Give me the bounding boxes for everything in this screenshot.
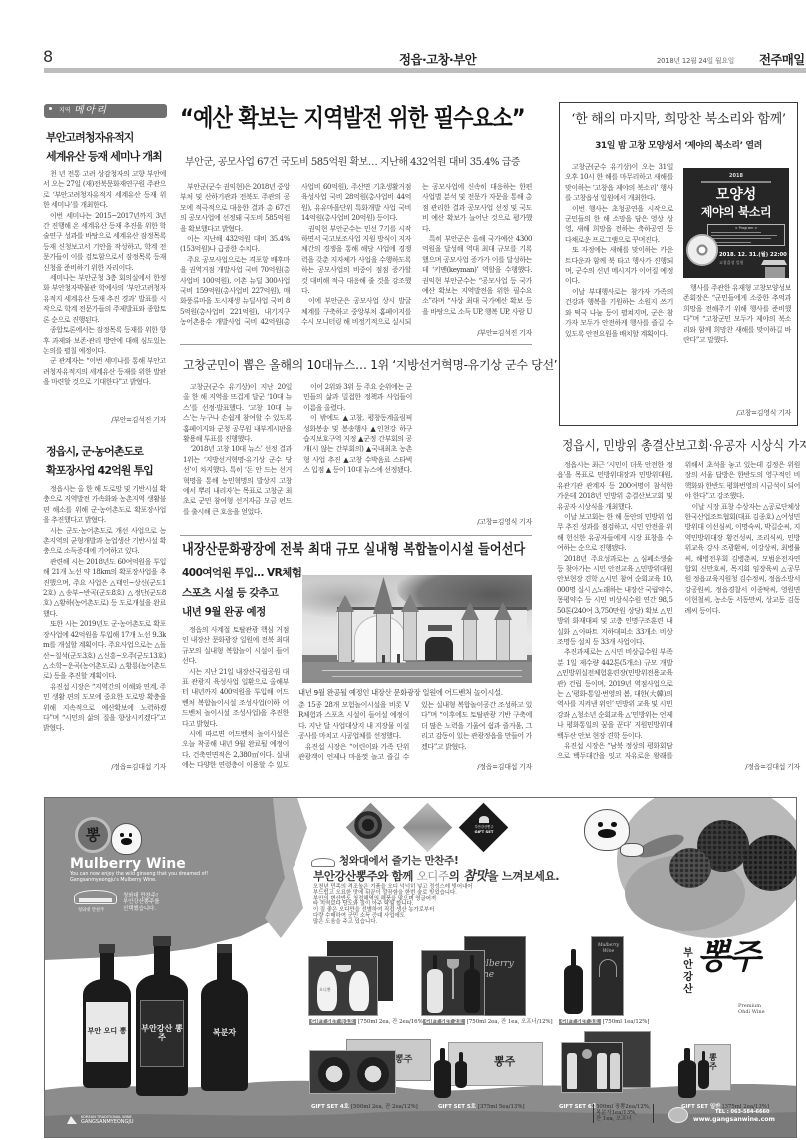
article-body-jeongeup-roads: 정읍시는 올 한 해 도로망 및 기반시설 확충으로 지역발전 가속화와 농촌지… (43, 484, 166, 772)
article-body-civil-defense: 정읍시는 최근 ‘시민이 더욱 안전한 정읍’을 목표로 민방위대장과 민방위대… (557, 460, 800, 772)
spec-line: 잔 1ea, 오프너 (596, 1116, 651, 1122)
round-jar (357, 1057, 389, 1091)
gift-box-set-2 (421, 950, 485, 1016)
headline-part: 부안강산뽕주와 함께 (313, 869, 417, 883)
maker-line: GANGSANMYEONGJU (81, 1119, 134, 1125)
bag-script-text: Mulberry Wine (595, 943, 622, 954)
column-badge: 지역 메아리 (44, 104, 167, 118)
paragraph: 천 년 전통 고려 상감청자의 고향 부안에서 오는 27일 (재)전북문화재연… (43, 169, 166, 211)
paragraph: 고창군(군수 유기상)이 오는 31일 오후 10시 한 해를 마무리하고 새해… (565, 162, 673, 204)
bottle-label: 복분자 (204, 1003, 244, 1065)
gift-set-label: GIFT SET 2호[750ml 2ea, 잔 1ea, 오프너/12%] (423, 1019, 553, 1025)
selection-line: 선택했습니다. (123, 906, 159, 912)
mascot-nose (121, 838, 133, 845)
article-body-gochang-drum-right: 행사를 주관한 유재형 고창모양성보존회장은 “군민들에게 소중한 추억과 희망… (683, 283, 791, 418)
headline-part: 을 느껴보세요. (487, 869, 559, 883)
building-entrance (425, 637, 453, 661)
calligraphy-subtitle: Premium Ohdi Wine (738, 1004, 765, 1015)
badge-line: GIFT SET (469, 830, 499, 835)
gift-set-tag: GIFT SET (438, 1104, 465, 1110)
gift-set-tag: GIFT SET 특1호 (309, 1019, 356, 1025)
gift-set-badge-content: 부안강산뽕주 GIFT SET (473, 816, 495, 840)
jar-label: 오디뽕 (319, 987, 331, 993)
gift-set-label: GIFT SET 특1호[750ml 2ea, 잔 2ea/16%] (309, 1019, 425, 1025)
parking-line (332, 676, 522, 677)
bottle-body (427, 969, 443, 1013)
paragraph: 부안군(군수 권익현)은 2018년 중앙부처 및 산하기관과 전북도 주관의 … (180, 182, 290, 234)
wine-bottle (455, 1052, 467, 1088)
mascot-eye (598, 822, 603, 827)
person-figure (382, 655, 385, 663)
poster-venue: 고창읍성 일원 (719, 260, 743, 265)
page-number: 8 (43, 47, 53, 67)
parking-line (322, 670, 522, 671)
cheongwadae-caption: 청와대 만찬주 (78, 908, 104, 913)
ad-headline-1: 청와대에서 즐기는 만찬주! (339, 855, 458, 868)
calligraphy-big: 뽕주 (697, 938, 759, 976)
gift-set-tag: GIFT SET 3호 (559, 1019, 601, 1025)
gift-set-label: GIFT SET 3호[750ml 1ea/12%] (559, 1019, 649, 1025)
article-headline-gochang-news: 고창군민이 뽑은 올해의 10대뉴스… 1위 ‘지방선거혁명-유기상 군수 당선… (183, 358, 557, 372)
bottle-label: 부안 오디 뽕 (86, 1002, 127, 1062)
bottle-body (564, 965, 583, 1014)
mascot-eye (120, 833, 123, 837)
poster-datetime: 2018. 12. 31.(월) 22:00 (719, 252, 787, 258)
bottle-cap (153, 936, 171, 946)
gift-box-set-6 (561, 1042, 623, 1093)
brand-logo-text: 뽕 (78, 826, 108, 844)
lead-subheadline: 부안군, 공모사업 67건 국도비 585억원 확보… 지난해 432억원 대비… (185, 157, 520, 169)
person-figure (397, 654, 400, 663)
section-title: 정읍·고창·부안 (399, 53, 476, 67)
wine-glass (582, 1049, 592, 1059)
paragraph: 이번 행사는 초청공연을 시작으로 군민들의 한 해 소망을 담은 영상 상영,… (565, 204, 673, 246)
byline: /부안=김석진 기자 (469, 328, 532, 338)
body-text: 정읍의 사계절 토탈관광 핵심 거점인 내장산 문화광장 일원에 전북 최대 규… (182, 625, 289, 772)
pavilion-roof-icon (761, 260, 787, 265)
badge-label: 메아리 (74, 105, 107, 117)
glass-stem (452, 969, 454, 999)
bottle-body (464, 969, 480, 1013)
mascot-eye (129, 833, 132, 837)
box-brand-text: 뽕주 (709, 1053, 719, 1071)
issue-date: 2018년 12월 24일 월요일 (657, 57, 734, 65)
paragraph: 세미나는 부안군청 3층 회의실에서 한정화 부안청자박물관 학예사의 ‘부안고… (43, 273, 166, 325)
body-text: 고창군(군수 유기상)이 오는 31일 오후 10시 한 해를 마무리하고 새해… (565, 162, 673, 412)
tagline-line: Gangsanmyeongju's Mulberry Wine. (70, 878, 208, 884)
headline-line: 확포장사업 42억원 투입 (46, 461, 153, 480)
bottle (597, 1053, 607, 1089)
castle-tower (496, 619, 510, 661)
body-text: 천 년 전통 고려 상감청자의 고향 부안에서 오는 27일 (재)전북문화재연… (43, 169, 166, 425)
mascot-character-icon (111, 823, 142, 855)
badge-prefix: 지역 (59, 107, 71, 115)
gift-set-spec: [375ml 5ea/13%] (478, 1104, 525, 1110)
subtitle-line: Ohdi Wine (738, 1010, 765, 1016)
emblem-roof (79, 898, 112, 902)
paragraph: 정읍시는 최근 ‘시민이 더욱 안전한 정읍’을 목표로 민방위대장과 민방위대… (557, 460, 673, 512)
gift-icon (479, 816, 489, 823)
article-body-gochang-news: 고창군(군수 유기상)이 지난 20일 올 한 해 지역을 뜨겁게 달군 ‘10… (183, 382, 532, 527)
body-text: 행사를 주관한 유재형 고창모양성보존회장은 “군민들에게 소중한 추억과 희망… (683, 283, 791, 418)
byline: /고창=김영식 기자 (728, 408, 791, 418)
wine-bottle: 복분자 (201, 944, 248, 1091)
article-headline-civil-defense: 정읍시, 민방위 총결산보고회·유공자 시상식 가져 (562, 439, 806, 455)
subhead-line: 400여억원 투입… VR체험 (182, 564, 301, 584)
poster-program-line (711, 235, 777, 236)
wine-bottle (427, 955, 443, 1013)
gift-set-label: GIFT SET5호[375ml 5ea/13%] (438, 1104, 525, 1110)
tagline-line: You can now enjoy the wild ginseng that … (70, 872, 208, 878)
brand-title: Mulberry Wine (70, 856, 186, 872)
paragraph: ‘2018년 고창 10대 뉴스’ 선정 결과 1위는 ‘지방선거혁명-유기상 … (183, 444, 292, 517)
castle-tower (403, 611, 417, 661)
paragraph: 이 밖에도 ▲고창, 평창동계올림픽 성화봉송 및 봉송행사 ▲인천강 하구 습… (303, 413, 412, 475)
byline: /부안=김석진 기자 (103, 415, 166, 425)
subhead-line: 내년 9월 완공 예정 (182, 603, 301, 623)
body-text: 고창군(군수 유기상)이 지난 20일 올 한 해 지역을 뜨겁게 달군 ‘10… (183, 382, 532, 527)
wine-bottle: 부안강산 뽕주 (136, 936, 188, 1096)
castle-tower (463, 619, 477, 661)
brand-tagline: You can now enjoy the wild ginseng that … (70, 872, 208, 883)
byline: /정읍=김대섭 기자 (737, 762, 800, 772)
company-logo-icon (668, 1107, 688, 1123)
bottle-label: 부안강산 뽕주 (140, 1000, 185, 1067)
playground-rendering-photo (302, 575, 532, 683)
brand-logo-badge: 뽕 (75, 817, 111, 853)
castle-tower (338, 611, 352, 663)
poster-program-label: < Program > (708, 226, 784, 230)
bottle-body (678, 1060, 696, 1098)
gift-set-tag: GIFT SET (559, 1104, 586, 1110)
calligraphy-small: 부안강산 (681, 948, 695, 996)
paragraph: 행사를 주관한 유재형 고창모양성보존회장은 “군민들에게 소중한 추억과 희망… (683, 283, 791, 345)
paragraph: 2018년 주요성과로는 △심폐소생술 등 찾아가는 시민 안전교육 △민방위대… (557, 554, 673, 648)
mascot-nose (598, 829, 616, 838)
paragraph: 이는 지난해 432억원 대비 35.4%(153억원)나 급증한 수치다. (180, 234, 290, 255)
wine-bottle (434, 1048, 451, 1098)
gift-set-number: 5호 (467, 1104, 476, 1110)
paragraph: 관련해 시는 2018년도 60여억원을 투입해 21개 노선 약 18km의 … (43, 557, 166, 619)
article-body-naejangsan-left: 정읍의 사계절 토탈관광 핵심 거점인 내장산 문화광장 일원에 전북 최대 규… (182, 625, 289, 772)
description-line: 많은 도움을 주고 있습니다. (313, 920, 473, 926)
maker-name: KOREAN TRADITIONAL WINE GANGSANMYEONGJU (81, 1115, 134, 1125)
paragraph: 권익현 부안군수는 민선 7기를 시작하면서 국고보조사업 지원 방식이 지자체… (301, 224, 411, 297)
mulberry-fruit-image (669, 848, 711, 888)
lead-headline: “예산 확보는 지역발전 위한 필수요소” (180, 104, 525, 132)
mulberry-fruit-image (743, 835, 797, 891)
mascot-eye (611, 822, 616, 827)
round-jar (318, 1057, 350, 1091)
paragraph: 또한 시는 2019년도 군·농어촌도로 확포장사업에 42억원을 투입해 17… (43, 619, 166, 681)
cheongwadae-selection-text: 청와대 만찬주! 부안강산뽕주를 선택했습니다. (123, 893, 159, 912)
poster-program-line (711, 232, 761, 233)
gift-set-spec: [750ml 2ea, 잔 2ea/16%] (358, 1019, 425, 1025)
ad-description: 오천년 민족의 격조높은 기품을 오디 넉넉히 넣고 정성스레 빚어내어 부드럽… (313, 885, 473, 926)
wine-bottle (564, 949, 583, 1014)
paragraph: 정읍의 사계절 토탈관광 핵심 거점인 내장산 문화광장 일원에 전북 최대 규… (182, 625, 289, 667)
paragraph: 이날 보고회는 한 해 동안의 민방위 업무 추진 성과를 점검하고, 시민 안… (557, 512, 673, 554)
drum-disc-icon (686, 234, 718, 266)
headline-part-highlight: 오디주 (417, 869, 449, 883)
bag-handle (599, 959, 617, 977)
gift-set-spec: [500ml 2ea, 잔 2ea/12%] (351, 1104, 418, 1110)
bottle-cap (99, 944, 115, 953)
wine-bottle: 부안 오디 뽕 (83, 944, 131, 1088)
wine-bottle (464, 955, 480, 1013)
paragraph: 이날 시장 표창 수상자는 △공로단체상 한국산업조트협회(대표 김종호) △여… (685, 502, 801, 616)
poster-program-line (711, 242, 751, 243)
contact-website: www.gangsanwine.com (693, 1116, 775, 1123)
paragraph: 고창군(군수 유기상)이 지난 20일 올 한 해 지역을 뜨겁게 달군 ‘10… (183, 382, 292, 444)
poster-title: 모양성 (683, 187, 789, 204)
gift-set-spec: 500ml 장뽕2ea/12%, 복분자1ea/13%, 잔 1ea, 오프너 (593, 1104, 654, 1123)
selection-line: 부안강산뽕주를 (123, 899, 159, 905)
byline: /정읍=김대섭 기자 (103, 762, 166, 772)
article-body-buan-seminar: 천 년 전통 고려 상감청자의 고향 부안에서 오는 27일 (재)전북문화재연… (43, 169, 166, 425)
byline: /정읍=김대섭 기자 (469, 762, 532, 772)
poster-title: 제야의 북소리 (683, 205, 789, 220)
paragraph: 시는 군도·농어촌도로 개선 사업으로 농촌지역의 균형개발과 농업생산 기반시… (43, 526, 166, 557)
ceramic-jar (349, 971, 369, 1011)
entrance-sign (428, 625, 452, 631)
gift-set-tag: GIFT SET (311, 1104, 338, 1110)
paragraph: 춘 15종 28개 모험놀이시설을 비롯 VR체험과 스포츠 시설이 들어설 예… (298, 700, 409, 742)
paragraph: 정읍시는 올 한 해 도로망 및 기반시설 확충으로 지역발전 가속화와 농촌지… (43, 484, 166, 526)
poster-year: 2018 (683, 173, 789, 179)
bottle (567, 1053, 577, 1089)
cheongwadae-emblem-icon (311, 858, 335, 867)
gift-box-set-1: 오디뽕 (308, 956, 378, 1016)
headline-line: 세계유산 등재 세미나 개최 (46, 147, 162, 166)
photo-caption: 내년 9월 완공될 예정인 내장산 문화광장 일원에 어드벤처 놀이시설. (298, 688, 503, 697)
article-body-gochang-drum-left: 고창군(군수 유기상)이 오는 31일 오후 10시 한 해를 마무리하고 새해… (565, 162, 673, 412)
ad-headline-2: 부안강산뽕주와 함께 오디주의 참맛을 느껴보세요. (313, 869, 559, 884)
poster-program-box: < Program > (707, 224, 785, 246)
article-headline-naejangsan: 내장산문화광장에 전북 최대 규모 실내형 복합놀이시설 들어선다 (182, 541, 525, 559)
paragraph: 이어 2위와 3위 등 주요 순위에는 군민들의 삶과 밀접한 정책과 사업들이… (303, 382, 412, 413)
header-rule (44, 68, 806, 73)
section-divider (180, 535, 532, 536)
mascot-body (620, 843, 644, 857)
box-brand-text: 뽕주 (494, 1053, 515, 1069)
article-body-naejangsan-right: 춘 15종 28개 모험놀이시설을 비롯 VR체험과 스포츠 시설이 들어설 예… (298, 700, 532, 772)
body-text: 정읍시는 최근 ‘시민이 더욱 안전한 정읍’을 목표로 민방위대장과 민방위대… (557, 460, 800, 772)
section-divider (180, 344, 532, 345)
boxed-article-subheadline: 31일 밤 고창 모양성서 ‘제야의 북소리’ 열려 (559, 141, 798, 152)
wine-glass (447, 959, 459, 969)
bottle (610, 1053, 620, 1089)
event-poster: 2018 모양성 제야의 북소리 < Program > 2018. 12. 3… (683, 168, 789, 278)
byline: /고창=김영식 기자 (469, 517, 532, 527)
headline-line: 부안고려청자유적지 (46, 128, 162, 147)
article-body-buan-budget: 부안군(군수 권익현)은 2018년 중앙부처 및 산하기관과 전북도 주관의 … (180, 182, 532, 338)
bottle-body (698, 1060, 709, 1089)
headline-part: 의 (449, 869, 463, 883)
paragraph: 종합토론에서는 잠정목록 등재를 위한 향후 과제와 보존·관리 방안에 대해 … (43, 325, 166, 356)
gift-set-spec: [750ml 2ea, 잔 1ea, 오프너/12%] (467, 1019, 553, 1025)
bottle-cap (217, 944, 233, 953)
gift-box-set-4 (309, 1050, 396, 1094)
gift-set-label: GIFT SET6호 500ml 장뽕2ea/12%, 복분자1ea/13%, … (559, 1104, 599, 1110)
headline-line: 정읍시, 군·농어촌도로 (46, 442, 153, 461)
gift-set-number: 4호 (340, 1104, 349, 1110)
paragraph: 시는 지난 21일 내장산국립공원 대표 관광지 육성사업 일환으로 올해부터 … (182, 667, 289, 729)
bottle-body (455, 1061, 467, 1088)
article-headline-buan-seminar: 부안고려청자유적지 세계유산 등재 세미나 개최 (46, 128, 162, 166)
gift-set-label: GIFT SET4호[500ml 2ea, 잔 2ea/12%] (311, 1104, 418, 1110)
poster-program-line (711, 238, 771, 239)
mulberry-wine-advertisement: 뽕 Mulberry Wine You can now enjoy the wi… (44, 797, 797, 1138)
parking-lot (302, 661, 532, 683)
paragraph: 추진과제로는 △시민 비상급수원 부족분 1일 제수량 442톤(5개소) 규모… (557, 647, 673, 741)
bullet-icon (49, 107, 52, 110)
body-text: 정읍시는 올 한 해 도로망 및 기반시설 확충으로 지역발전 가속화와 농촌지… (43, 484, 166, 772)
newspaper-name: 전주매일 (759, 53, 805, 67)
article-headline-jeongeup-roads: 정읍시, 군·농어촌도로 확포장사업 42억원 투입 (46, 442, 153, 480)
boxed-article-headline: ‘한 해의 마지막, 희망찬 북소리와 함께’ (559, 112, 798, 128)
gift-set-tag: GIFT SET 2호 (423, 1019, 465, 1025)
box-brand-text: 뽕주 (395, 1052, 412, 1065)
subhead-line: 스포츠 시설 등 갖추고 (182, 584, 301, 604)
paragraph: 이번 세미나는 2015~2017년까지 3년간 진행해 온 세계유산 등재 추… (43, 211, 166, 273)
headline-part-calligraphy: 참맛 (463, 869, 487, 884)
gift-set-spec: [750ml 1ea/12%] (603, 1019, 650, 1025)
contact-phone: TEL : 063-584-6660 (715, 1109, 769, 1115)
body-text: 부안군(군수 권익현)은 2018년 중앙부처 및 산하기관과 전북도 주관의 … (180, 182, 532, 338)
bottle-body (434, 1060, 451, 1098)
paragraph: 시에 따르면 어드벤처 놀이시설은 오늘 착공해 내년 9월 완료될 예정이다.… (182, 729, 289, 772)
pavilion-wall-icon (765, 267, 785, 278)
paragraph: 또 자정에는 새해를 맞이하는 카운트다운과 함께 북 타고 행사가 진행되며,… (565, 245, 673, 287)
cup (336, 965, 351, 972)
wine-bottle (698, 1051, 709, 1089)
paragraph: 유진섭 시장은 “지역간의 이해와 연계, 주민 생활 편의 도모에 중요한 도… (43, 682, 166, 734)
cheongwadae-emblem-icon (74, 890, 117, 904)
paragraph: 이날 부대행사로는 참가자 가족의 건강과 행복을 기원하는 소원지 쓰기와 떡… (565, 287, 673, 339)
gift-bag-set-3: Mulberry Wine (591, 936, 624, 1016)
article-subheads-naejangsan: 400여억원 투입… VR체험 스포츠 시설 등 갖추고 내년 9월 완공 예정 (182, 564, 301, 623)
poster-decor-line (701, 181, 771, 183)
paragraph: 군 관계자는 “이번 세미나를 통해 부안고려청자유적지의 세계유산 등재를 위… (43, 356, 166, 387)
wine-bottle (678, 1048, 696, 1098)
